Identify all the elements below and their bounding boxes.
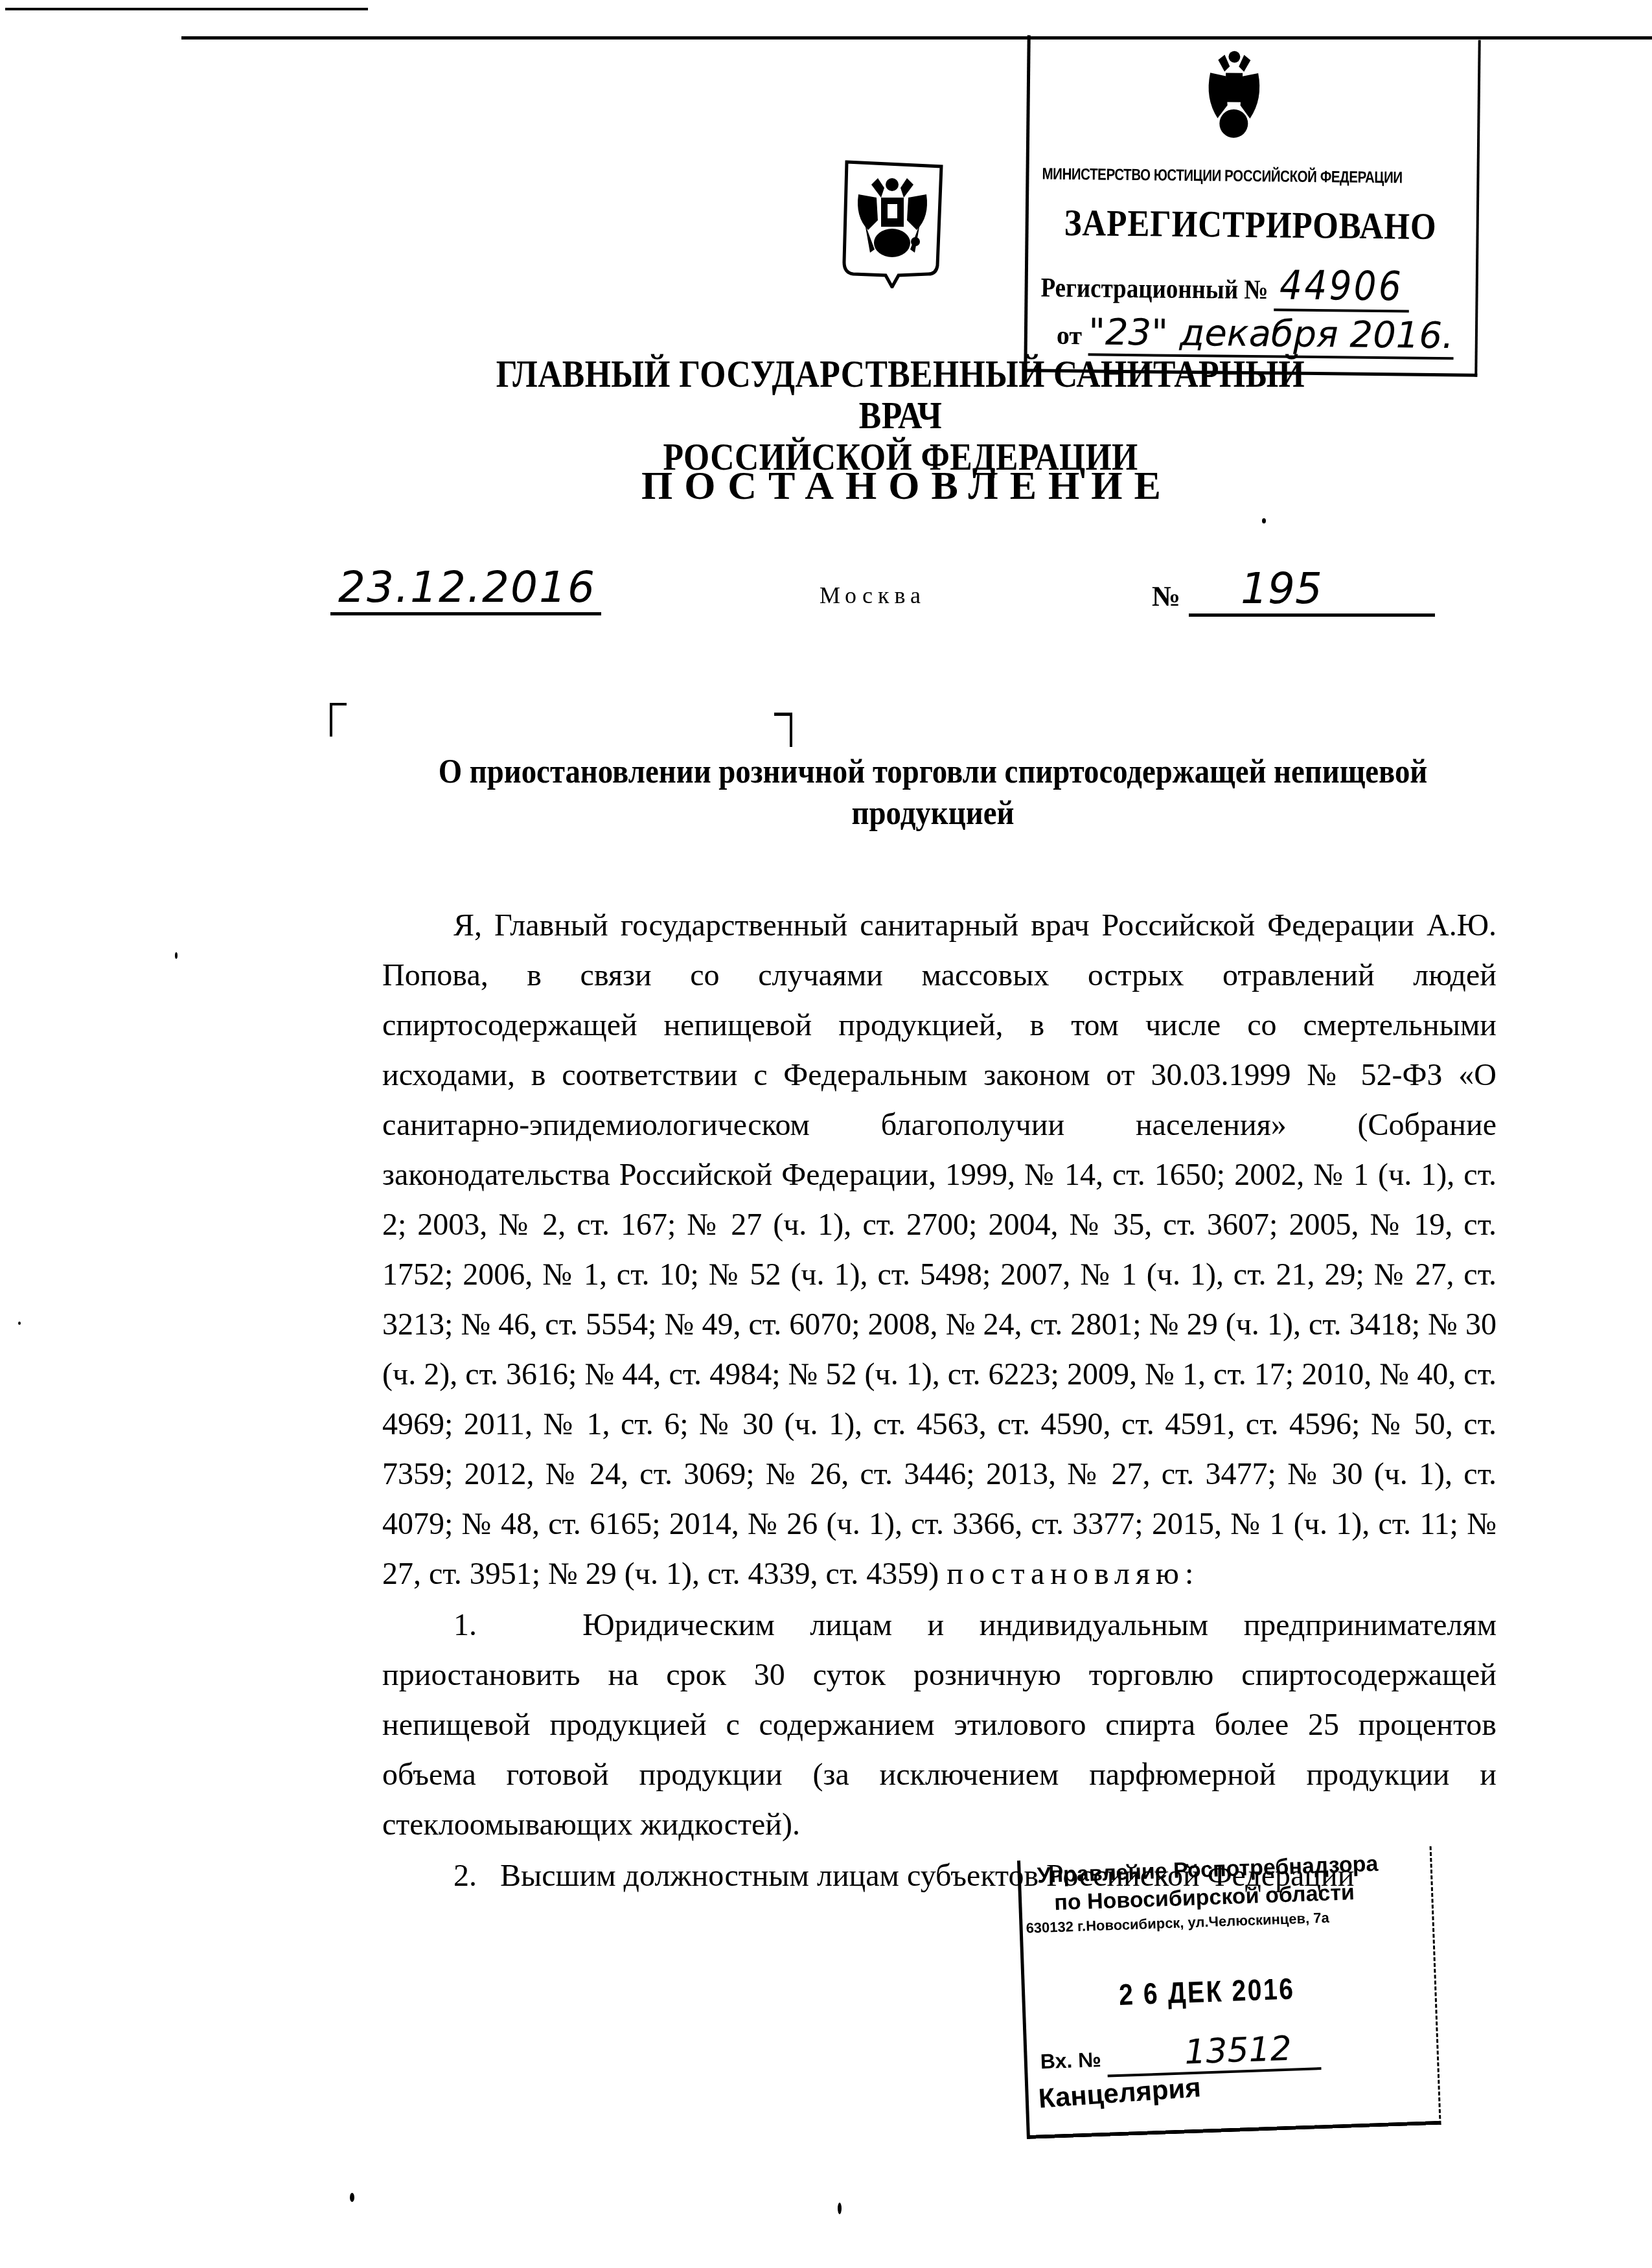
incoming-stamp-number-row: Вх. № 13512 xyxy=(1040,2028,1322,2079)
scan-speck xyxy=(18,1322,21,1325)
decree-word: постановляю: xyxy=(946,1557,1199,1591)
scan-speck xyxy=(350,2193,354,2202)
org-title-line-1: ГЛАВНЫЙ ГОСУДАРСТВЕННЫЙ САНИТАРНЫЙ ВРАЧ xyxy=(483,353,1318,436)
scan-speck xyxy=(1262,518,1266,523)
document-number-label: № xyxy=(1152,580,1180,613)
scan-edge-line xyxy=(5,8,368,10)
stamp-ministry-name: МИНИСТЕРСТВО ЮСТИЦИИ РОССИЙСКОЙ ФЕДЕРАЦИ… xyxy=(1042,165,1392,188)
issuing-authority-title: ГЛАВНЫЙ ГОСУДАРСТВЕННЫЙ САНИТАРНЫЙ ВРАЧ … xyxy=(483,353,1318,477)
coat-of-arms-emblem-icon xyxy=(839,159,946,288)
stamp-emblem-icon xyxy=(1204,47,1264,144)
document-body: Я, Главный государственный санитарный вр… xyxy=(382,900,1497,1901)
incoming-registration-stamp: Управление Роспотребнадзора по Новосибир… xyxy=(1017,1846,1441,2139)
incoming-stamp-date: 2 6 ДЕК 2016 xyxy=(1118,1971,1295,2011)
document-date: 23.12.2016 xyxy=(330,562,601,615)
scan-speck xyxy=(838,2203,842,2214)
stamp-registration-number-value: 44906 xyxy=(1274,261,1410,312)
subject-line-1: О приостановлении розничной торговли спи… xyxy=(420,751,1446,793)
item-text: Юридическим лицам и индивидуальным предп… xyxy=(382,1608,1497,1842)
registration-stamp: МИНИСТЕРСТВО ЮСТИЦИИ РОССИЙСКОЙ ФЕДЕРАЦИ… xyxy=(1024,35,1480,376)
preamble-text: Я, Главный государственный санитарный вр… xyxy=(382,908,1497,1591)
stamp-registered-title: ЗАРЕГИСТРИРОВАНО xyxy=(1064,201,1436,248)
preamble-paragraph: Я, Главный государственный санитарный вр… xyxy=(382,900,1497,1599)
corner-bracket-left xyxy=(330,703,347,737)
stamp-date-prefix: от xyxy=(1057,321,1083,350)
document-type-heading: ПОСТАНОВЛЕНИЕ xyxy=(453,463,1360,509)
item-number: 1. xyxy=(453,1608,477,1642)
document-subject: О приостановлении розничной торговли спи… xyxy=(420,751,1446,834)
decree-item-1: 1. Юридическим лицам и индивидуальным пр… xyxy=(382,1600,1497,1850)
item-number: 2. xyxy=(453,1859,477,1893)
document-city: Москва xyxy=(820,582,926,609)
corner-bracket-right xyxy=(774,713,792,747)
stamp-registration-number-row: Регистрационный №44906 xyxy=(1040,259,1409,313)
stamp-registration-number-label: Регистрационный № xyxy=(1040,273,1268,306)
scan-speck xyxy=(175,952,178,959)
document-number-value: 195 xyxy=(1189,564,1435,617)
subject-line-2: продукцией xyxy=(420,793,1446,834)
incoming-number-value: 13512 xyxy=(1106,2028,1321,2077)
incoming-number-label: Вх. № xyxy=(1040,2048,1101,2073)
